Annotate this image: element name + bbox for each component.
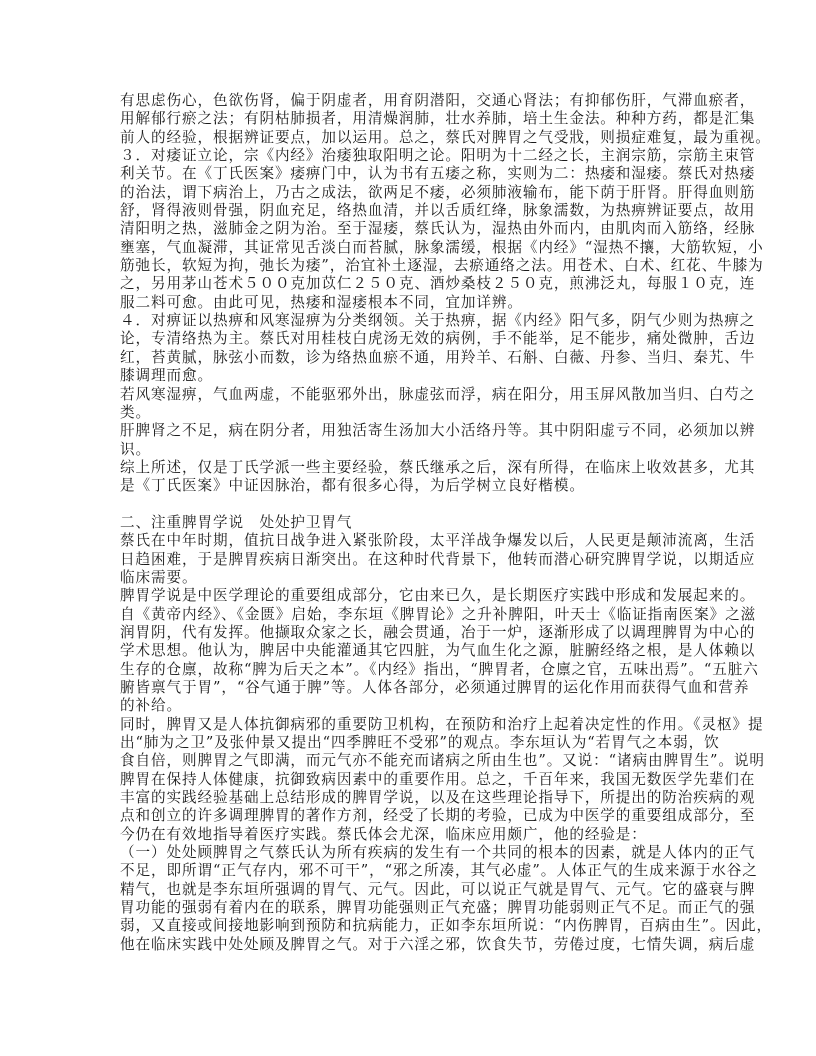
text-line: 壅塞，气血凝滞，其证常见舌淡白而苔腻，脉象濡缓，根据《内经》“湿热不攘，大筋软短…: [120, 239, 716, 257]
text-line: 自《黄帝内经》、《金匮》启始，李东垣《脾胃论》之升补脾阳，叶天士《临证指南医案》…: [120, 606, 716, 624]
text-line: 点和创立的许多调理脾胃的著作方剂，经受了长期的考验，已成为中医学的重要组成部分，…: [120, 807, 716, 825]
text-line: 的治法，谓下病治上，乃古之成法，欲两足不痿，必须肺液输布，能下荫于肝肾。肝得血则…: [120, 184, 716, 202]
text-line: 脾胃在保持人体健康，抗御致病因素中的重要作用。总之，千百年来，我国无数医学先辈们…: [120, 771, 716, 789]
text-line: 筋弛长，软短为拘，弛长为痿”，治宜补土逐湿，去瘀通络之法。用苍术、白术、红花、牛…: [120, 257, 716, 275]
text-line: 同时，脾胃又是人体抗御病邪的重要防卫机构，在预防和治疗上起着决定性的作用。《灵枢…: [120, 716, 716, 734]
text-line: 若风寒湿痹，气血两虚，不能驱邪外出，脉虚弦而浮，病在阳分，用玉屏风散加当归、白芍…: [120, 386, 716, 404]
text-line: 类。: [120, 404, 716, 422]
text-line: 他在临床实践中处处顾及脾胃之气。对于六淫之邪，饮食失节，劳倦过度，七情失调，病后…: [120, 936, 716, 954]
text-line: 论，专清络热为主。蔡氏对用桂枝白虎汤无效的病例，手不能举，足不能步，痛处微肿，舌…: [120, 330, 716, 348]
text-line: 食自倍，则脾胃之气即满，而元气亦不能充而诸病之所由生也”。又说：“诸病由脾胃生”…: [120, 752, 716, 770]
text-line: 出“肺为之卫”及张仲景又提出“四季脾旺不受邪”的观点。李东垣认为“若胃气之本弱，…: [120, 734, 716, 752]
text-line: 前人的经验，根据辨证要点，加以运用。总之，蔡氏对脾胃之气受戕，则损症难复，最为重…: [120, 129, 716, 147]
text-line: 综上所述，仅是丁氏学派一些主要经验，蔡氏继承之后，深有所得，在临床上收效甚多，尤…: [120, 459, 716, 477]
text-line: 红，苔黄腻，脉弦小而数，诊为络热血瘀不通，用羚羊、石斛、白薇、丹参、当归、秦艽、…: [120, 349, 716, 367]
text-line: 之，另用茅山苍术５００克加苡仁２５０克、酒炒桑枝２５０克，煎沸泛丸，每服１０克，…: [120, 275, 716, 293]
text-line: ４．对痹证以热痹和风寒湿痹为分类纲领。关于热痹，据《内经》阳气多，阴气少则为热痹…: [120, 312, 716, 330]
section-heading: 二、注重脾胃学说 处处护卫胃气: [120, 514, 716, 532]
text-line: 服二料可愈。由此可见，热痿和湿痿根本不同，宜加详辨。: [120, 294, 716, 312]
text-line: 胃功能的强弱有着内在的联系，脾胃功能强则正气充盛；脾胃功能弱则正气不足。而正气的…: [120, 899, 716, 917]
text-line: 学术思想。他认为，脾居中央能灌通其它四脏，为气血生化之源，脏腑经络之根，是人体赖…: [120, 642, 716, 660]
text-line: 用解郁行瘀之法；有阴枯肺损者，用清燥润肺，壮水养肺，培土生金法。种种方药，都是汇…: [120, 110, 716, 128]
text-line: 舒，肾得液则骨强，阴血充足，络热血清，并以舌质红绛，脉象濡数，为热痹辨证要点，故…: [120, 202, 716, 220]
text-line: 清阳明之热，滋肺金之阴为治。至于湿痿，蔡氏认为，湿热由外而内，由肌肉而入筋络，经…: [120, 220, 716, 238]
text-line: 今仍在有效地指导着医疗实践。蔡氏体会尤深，临床应用颇广，他的经验是：: [120, 826, 716, 844]
text-line: 丰富的实践经验基础上总结形成的脾胃学说，以及在这些理论指导下，所提出的防治疾病的…: [120, 789, 716, 807]
text-line: 脾胃学说是中医学理论的重要组成部分，它由来已久，是长期医疗实践中形成和发展起来的…: [120, 587, 716, 605]
text-line: 识。: [120, 441, 716, 459]
text-line: 肝脾肾之不足，病在阴分者，用独活寄生汤加大小活络丹等。其中阴阳虚亏不同，必须加以…: [120, 422, 716, 440]
text-line: （一）处处顾脾胃之气蔡氏认为所有疾病的发生有一个共同的根本的因素，就是人体内的正…: [120, 844, 716, 862]
text-line: 生存的仓廪，故称“脾为后天之本”。《内经》指出，“脾胃者，仓廪之官，五味出焉”。…: [120, 661, 716, 679]
text-line: 腑皆禀气于胃”，“谷气通于脾”等。人体各部分，必须通过脾胃的运化作用而获得气血和…: [120, 679, 716, 697]
text-line: ３．对痿证立论，宗《内经》治痿独取阳明之论。阳明为十二经之长，主润宗筋，宗筋主束…: [120, 147, 716, 165]
blank-line: [120, 496, 716, 514]
document-page: 有思虑伤心，色欲伤肾，偏于阴虚者，用育阴潜阳，交通心肾法；有抑郁伤肝，气滞血瘀者…: [120, 92, 716, 954]
text-line: 蔡氏在中年时期，值抗日战争进入紧张阶段，太平洋战争爆发以后，人民更是颠沛流离，生…: [120, 532, 716, 550]
text-line: 日趋困难，于是脾胃疾病日渐突出。在这种时代背景下，他转而潜心研究脾胃学说，以期适…: [120, 551, 716, 569]
text-line: 的补给。: [120, 697, 716, 715]
text-line: 润胃阴，代有发挥。他撷取众家之长，融会贯通，冶于一炉，逐渐形成了以调理脾胃为中心…: [120, 624, 716, 642]
text-line: 膝调理而愈。: [120, 367, 716, 385]
text-line: 临床需要。: [120, 569, 716, 587]
text-line: 是《丁氏医案》中证因脉治，都有很多心得，为后学树立良好楷模。: [120, 477, 716, 495]
text-line: 弱，又直接或间接地影响到预防和抗病能力，正如李东垣所说：“内伤脾胃，百病由生”。…: [120, 917, 716, 935]
text-line: 不足，即所谓“正气存内，邪不可干”，“邪之所凑，其气必虚”。人体正气的生成来源于…: [120, 862, 716, 880]
text-line: 有思虑伤心，色欲伤肾，偏于阴虚者，用育阴潜阳，交通心肾法；有抑郁伤肝，气滞血瘀者…: [120, 92, 716, 110]
text-line: 利关节。在《丁氏医案》痿痹门中，认为书有五痿之称，实则为二：热痿和湿痿。蔡氏对热…: [120, 165, 716, 183]
text-line: 精气，也就是李东垣所强调的胃气、元气。因此，可以说正气就是胃气、元气。它的盛衰与…: [120, 881, 716, 899]
